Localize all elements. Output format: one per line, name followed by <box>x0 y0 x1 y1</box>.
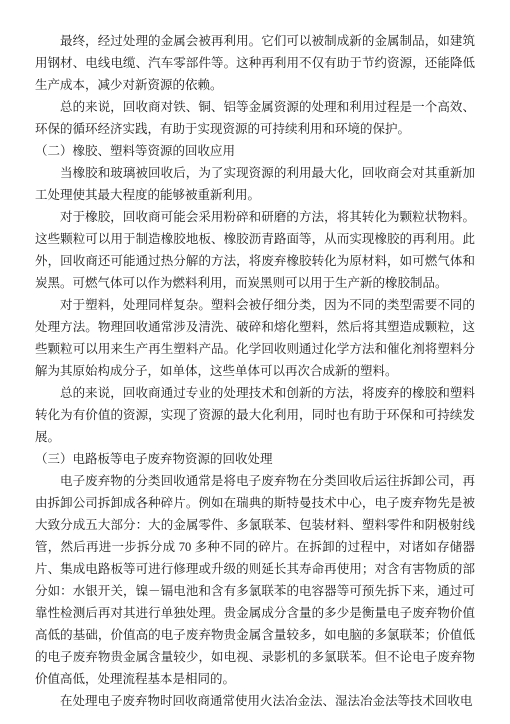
body-paragraph: 总的来说，回收商对铁、铜、铝等金属资源的处理和利用过程是一个高效、环保的循环经济… <box>35 96 475 140</box>
section-heading-ewaste: （三）电路板等电子废弃物资源的回收处理 <box>35 448 475 470</box>
body-paragraph: 电子废弃物的分类回收通常是将电子废弃物在分类回收后运往拆卸公司，再由拆卸公司拆卸… <box>35 470 475 690</box>
body-paragraph: 当橡胶和玻璃被回收后，为了实现资源的利用最大化，回收商会对其重新加工处理使其最大… <box>35 162 475 206</box>
document-page: 最终，经过处理的金属会被再利用。它们可以被制成新的金属制品，如建筑用钢材、电线电… <box>0 0 510 724</box>
body-paragraph: 最终，经过处理的金属会被再利用。它们可以被制成新的金属制品，如建筑用钢材、电线电… <box>35 30 475 96</box>
section-heading-rubber-plastic: （二）橡胶、塑料等资源的回收应用 <box>35 140 475 162</box>
body-paragraph: 在处理电子废弃物时回收商通常使用火法冶金法、湿法冶金法等技术回收电 <box>35 690 475 712</box>
body-paragraph: 总的来说，回收商通过专业的处理技术和创新的方法，将废弃的橡胶和塑料转化为有价值的… <box>35 382 475 448</box>
body-paragraph: 对于橡胶，回收商可能会采用粉碎和研磨的方法，将其转化为颗粒状物料。这些颗粒可以用… <box>35 206 475 294</box>
body-paragraph: 对于塑料，处理同样复杂。塑料会被仔细分类，因为不同的类型需要不同的处理方法。物理… <box>35 294 475 382</box>
